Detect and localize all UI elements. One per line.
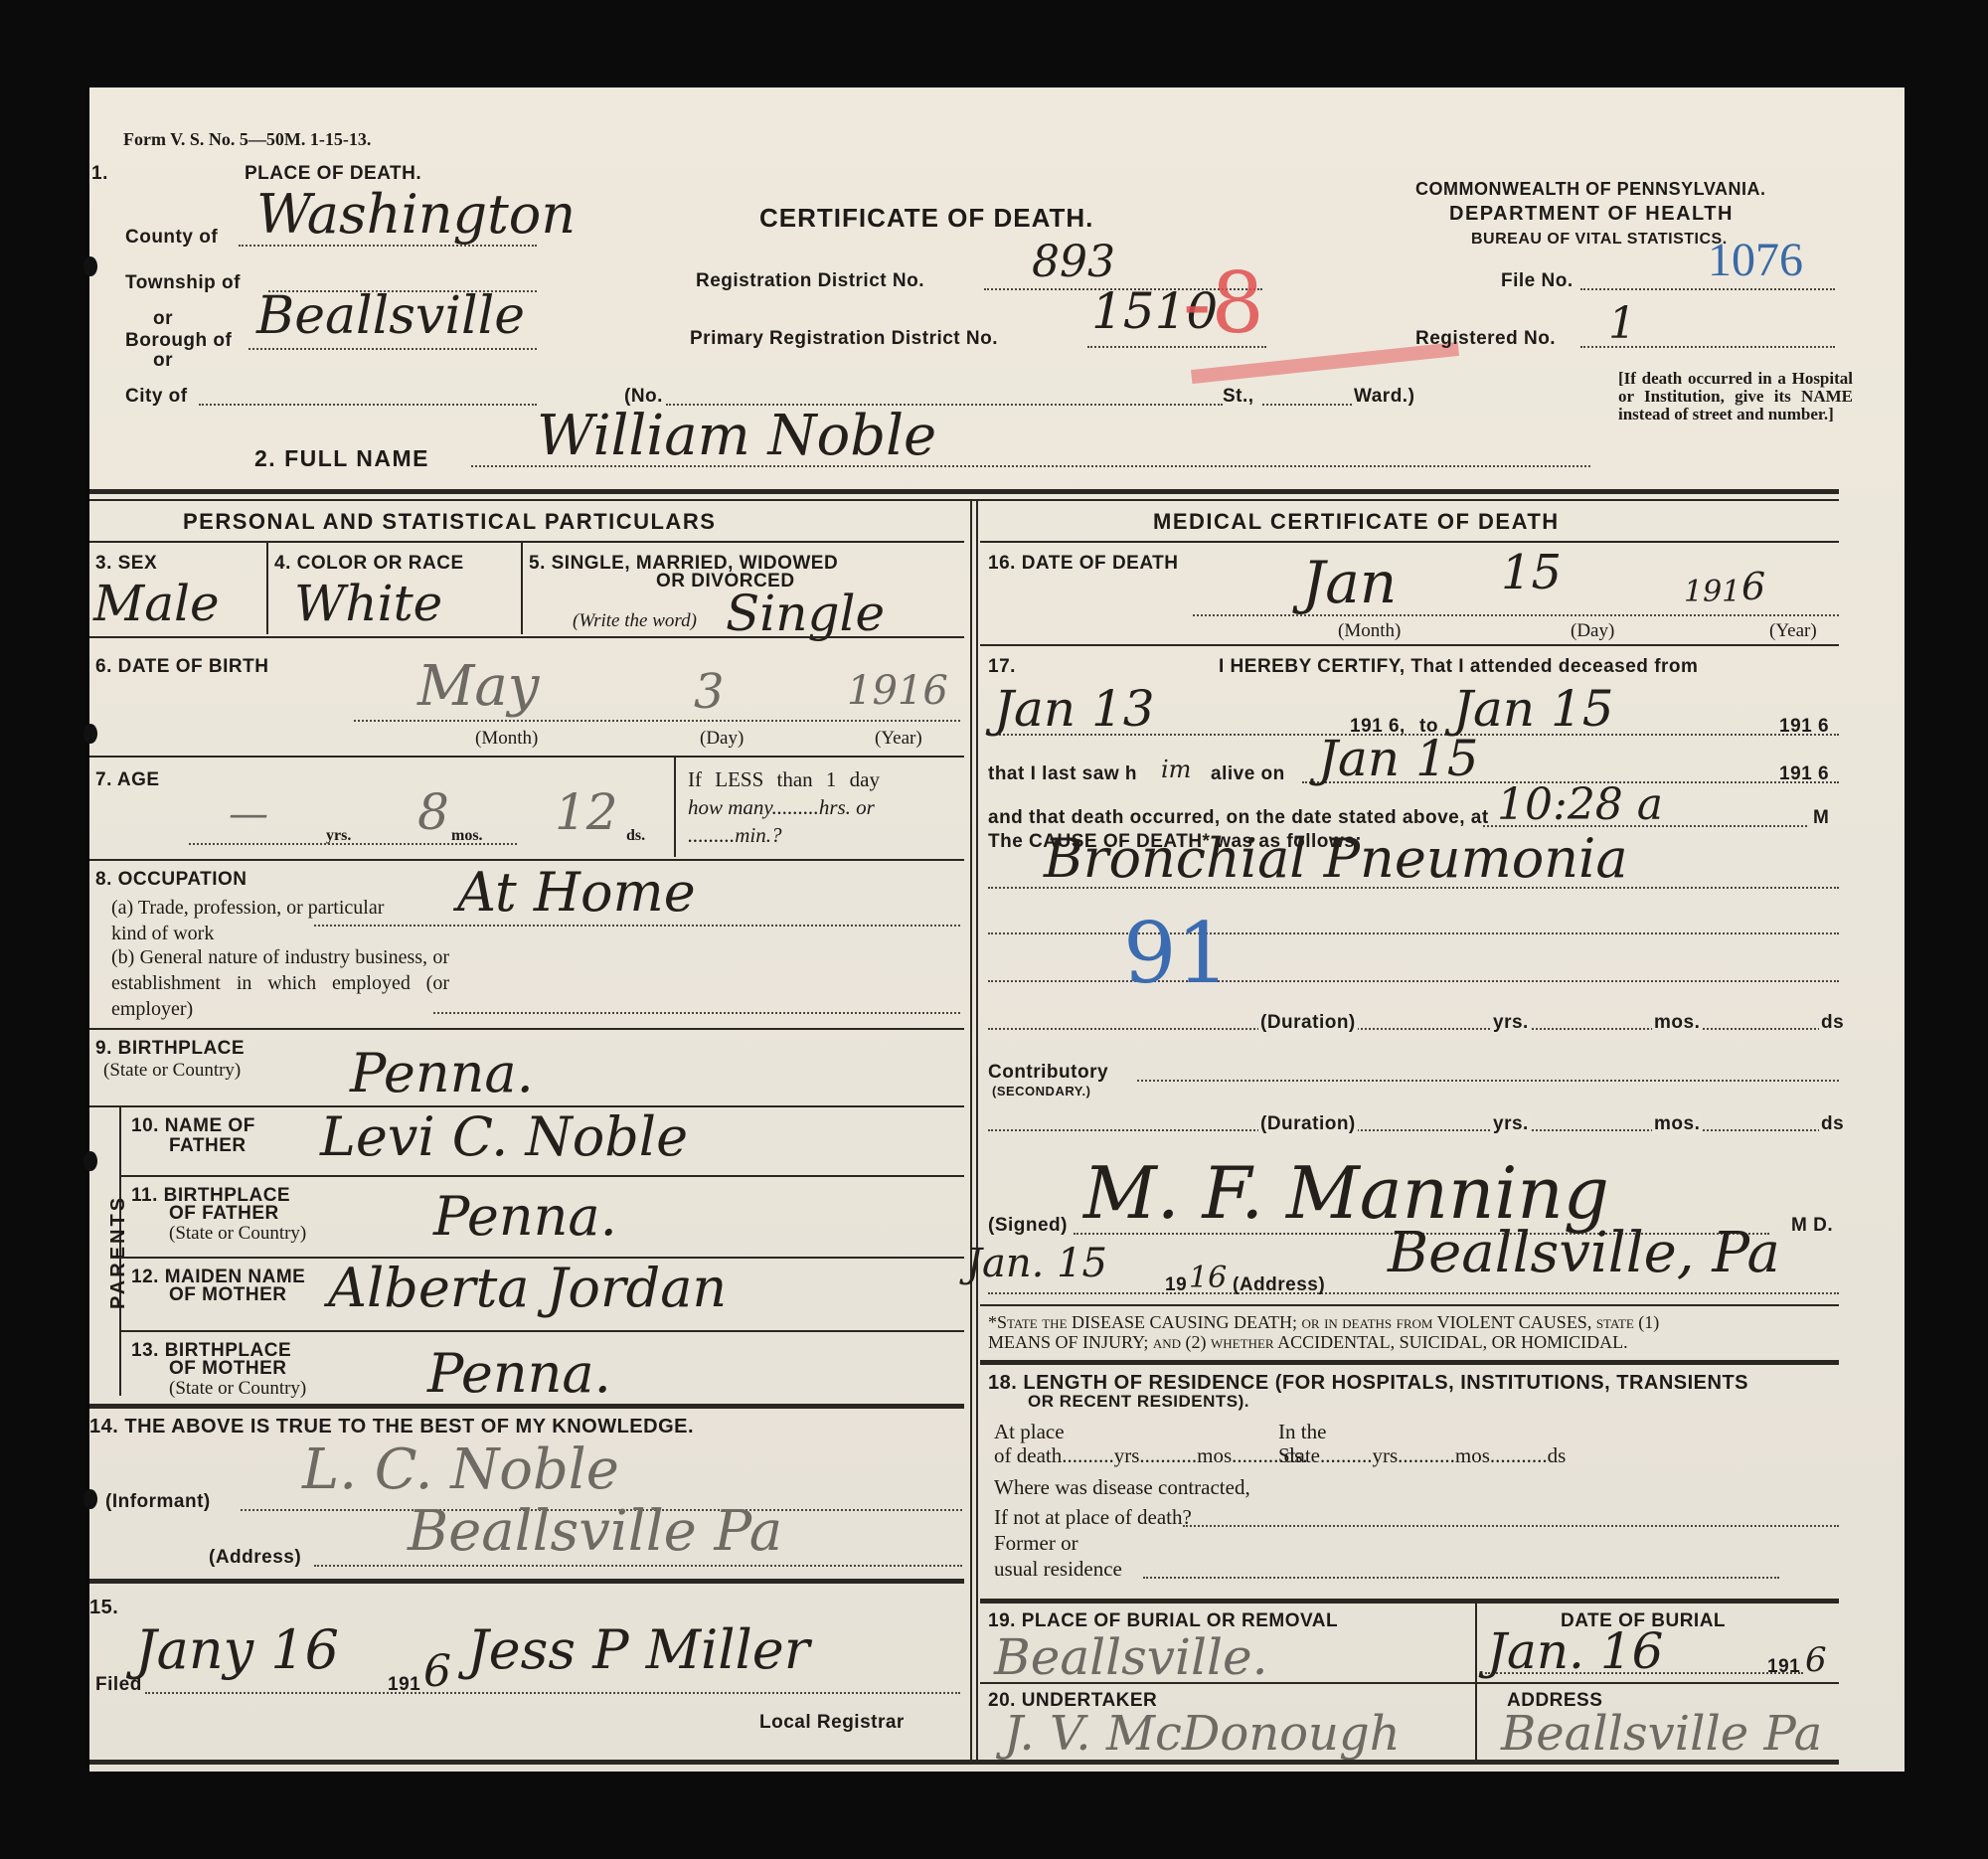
informant-address-value[interactable]: Beallsville Pa xyxy=(408,1499,782,1564)
registrar-label: Local Registrar xyxy=(759,1712,905,1734)
county-value[interactable]: Washington xyxy=(256,183,576,246)
dob-day-caption: (Day) xyxy=(700,728,744,750)
dod-year-caption: (Year) xyxy=(1769,620,1817,642)
last-saw-date[interactable]: Jan 15 xyxy=(1318,730,1479,787)
county-label: County of xyxy=(125,227,218,249)
burial-year-suffix[interactable]: 6 xyxy=(1805,1640,1827,1680)
date-of-death-year-suffix[interactable]: 6 xyxy=(1741,565,1765,608)
date-of-death-day[interactable]: 15 xyxy=(1501,545,1562,600)
full-name-label: 2. FULL NAME xyxy=(254,445,429,472)
date-of-death-year-prefix: 191 xyxy=(1684,575,1740,609)
attended-from-date[interactable]: Jan 13 xyxy=(994,680,1155,738)
signed-label: (Signed) xyxy=(988,1215,1068,1237)
sex-label: 3. SEX xyxy=(95,553,157,575)
burial-place-value[interactable]: Beallsville. xyxy=(994,1628,1268,1686)
in-state-fields: State..........yrs...........mos........… xyxy=(1278,1443,1566,1468)
cause-value[interactable]: Bronchial Pneumonia xyxy=(1044,827,1628,890)
dob-month-caption: (Month) xyxy=(475,728,538,750)
undertaker-address-value[interactable]: Beallsville Pa xyxy=(1501,1706,1822,1762)
filed-year-prefix: 191 xyxy=(388,1674,420,1696)
age-years-caption: yrs. xyxy=(326,827,351,845)
father-birthplace-value[interactable]: Penna. xyxy=(433,1185,617,1248)
duration-yrs-2: yrs. xyxy=(1491,1113,1531,1135)
duration-ds-2: ds xyxy=(1819,1113,1846,1135)
duration-yrs: yrs. xyxy=(1491,1012,1531,1034)
registered-number-value[interactable]: 1 xyxy=(1608,298,1636,349)
physician-address-label: (Address) xyxy=(1233,1274,1325,1296)
burial-date-value[interactable]: Jan. 16 xyxy=(1487,1622,1663,1680)
mother-name-value[interactable]: Alberta Jordan xyxy=(328,1257,727,1319)
duration-ds: ds xyxy=(1819,1012,1846,1034)
signed-date[interactable]: Jan. 15 xyxy=(966,1241,1107,1286)
mother-birthplace-sub: (State or Country) xyxy=(169,1378,306,1400)
contracted-label-2: If not at place of death? xyxy=(994,1505,1192,1530)
section-number-15: 15. xyxy=(89,1597,118,1619)
at-place-label: At place xyxy=(994,1420,1065,1444)
borough-value[interactable]: Beallsville xyxy=(256,286,525,346)
agency-line-2: DEPARTMENT OF HEALTH xyxy=(1449,203,1734,226)
residence-heading-2: OR RECENT RESIDENTS). xyxy=(1028,1392,1249,1412)
attended-to-year: 191 6 xyxy=(1779,716,1829,738)
place-of-death-heading: PLACE OF DEATH. xyxy=(245,163,421,185)
father-birthplace-sub: (State or Country) xyxy=(169,1223,306,1245)
death-time-suffix: M xyxy=(1813,807,1829,829)
age-days[interactable]: 12 xyxy=(555,783,618,841)
death-time-value[interactable]: 10:28 a xyxy=(1497,779,1663,830)
date-of-death-label: 16. DATE OF DEATH xyxy=(988,553,1178,575)
father-birthplace-label-2: OF FATHER xyxy=(169,1203,279,1225)
section-number-1: 1. xyxy=(91,163,108,185)
occupation-label: 8. OCCUPATION xyxy=(95,869,248,891)
last-saw-pronoun[interactable]: im xyxy=(1161,756,1191,783)
medical-heading: MEDICAL CERTIFICATE OF DEATH xyxy=(1153,509,1560,535)
registrar-signature[interactable]: Jess P Miller xyxy=(467,1618,810,1681)
parents-side-label: PARENTS xyxy=(107,1195,130,1309)
filed-year-suffix[interactable]: 6 xyxy=(423,1646,451,1697)
last-saw-label: that I last saw h xyxy=(988,763,1137,785)
at-place-fields: of death..........yrs...........mos.....… xyxy=(994,1443,1308,1468)
birthplace-value[interactable]: Penna. xyxy=(350,1042,534,1104)
duration-label: (Duration) xyxy=(1258,1012,1358,1034)
former-residence-label: Former or xyxy=(994,1531,1078,1556)
agency-line-3: BUREAU OF VITAL STATISTICS. xyxy=(1471,231,1728,249)
date-of-death-month[interactable]: Jan xyxy=(1302,549,1397,616)
registration-district-label: Registration District No. xyxy=(696,270,924,292)
punch-hole xyxy=(83,256,97,276)
dob-year[interactable]: 1916 xyxy=(847,668,948,714)
registered-number-label: Registered No. xyxy=(1415,328,1556,350)
certify-number: 17. xyxy=(988,656,1016,678)
registration-district-value[interactable]: 893 xyxy=(1032,237,1115,287)
undertaker-value[interactable]: J. V. McDonough xyxy=(1004,1706,1401,1762)
secondary-label: (SECONDARY.) xyxy=(992,1084,1090,1098)
less-than-day-3: .........min.? xyxy=(688,823,782,848)
punch-hole xyxy=(83,1151,97,1171)
or-label-2: or xyxy=(153,350,173,372)
birthplace-sub: (State or Country) xyxy=(103,1060,241,1082)
township-label: Township of xyxy=(125,272,241,294)
file-number-label: File No. xyxy=(1501,270,1574,292)
age-months-caption: mos. xyxy=(451,827,483,845)
father-name-value[interactable]: Levi C. Noble xyxy=(320,1105,688,1168)
marital-value[interactable]: Single xyxy=(726,585,885,642)
father-name-label-2: FATHER xyxy=(169,1135,247,1157)
marital-hint: (Write the word) xyxy=(573,610,697,632)
full-name-value[interactable]: William Noble xyxy=(537,404,936,468)
signed-year-suffix[interactable]: 16 xyxy=(1189,1261,1227,1295)
physician-address-value[interactable]: Beallsville, Pa xyxy=(1388,1221,1780,1285)
occupation-b-label: (b) General nature of industry business,… xyxy=(111,944,449,1022)
informant-label: (Informant) xyxy=(105,1491,211,1513)
age-label: 7. AGE xyxy=(95,769,160,791)
in-state-label: In the xyxy=(1278,1420,1326,1444)
punch-hole xyxy=(83,724,97,744)
footnote-line-1: *State the DISEASE CAUSING DEATH; or in … xyxy=(988,1312,1659,1333)
sex-value[interactable]: Male xyxy=(93,575,220,632)
dob-year-caption: (Year) xyxy=(875,728,922,750)
mother-name-label-2: OF MOTHER xyxy=(169,1284,287,1306)
burial-year-prefix: 191 xyxy=(1767,1656,1800,1678)
primary-district-label: Primary Registration District No. xyxy=(690,328,998,350)
occupation-a-label: (a) Trade, profession, or particular kin… xyxy=(111,895,410,946)
agency-line-1: COMMONWEALTH OF PENNSYLVANIA. xyxy=(1415,179,1765,200)
footnote-line-2: MEANS OF INJURY; and (2) whether ACCIDEN… xyxy=(988,1332,1628,1353)
informant-address-label: (Address) xyxy=(209,1547,301,1569)
mother-birthplace-label-2: OF MOTHER xyxy=(169,1358,287,1380)
age-days-caption: ds. xyxy=(626,827,645,845)
contracted-label: Where was disease contracted, xyxy=(994,1475,1250,1500)
duration-mos: mos. xyxy=(1652,1012,1702,1034)
city-label: City of xyxy=(125,386,188,408)
personal-heading: PERSONAL AND STATISTICAL PARTICULARS xyxy=(183,509,716,535)
red-pencil-mark: -8 xyxy=(1183,254,1264,352)
file-number-value[interactable]: 1076 xyxy=(1708,233,1803,287)
informant-heading: 14. THE ABOVE IS TRUE TO THE BEST OF MY … xyxy=(89,1416,694,1438)
hospital-note: [If death occurred in a Hospital or Inst… xyxy=(1618,370,1853,423)
less-than-day-2: how many.........hrs. or xyxy=(688,795,875,820)
duration-label-2: (Duration) xyxy=(1258,1113,1358,1135)
dod-day-caption: (Day) xyxy=(1571,620,1614,642)
borough-label: Borough of xyxy=(125,330,232,352)
alive-on-label: alive on xyxy=(1211,763,1285,785)
signed-year-prefix: 19 xyxy=(1165,1274,1187,1296)
birthplace-label: 9. BIRTHPLACE xyxy=(95,1038,245,1060)
contributory-label: Contributory xyxy=(988,1062,1108,1084)
age-months[interactable]: 8 xyxy=(417,783,449,841)
ward-label: Ward.) xyxy=(1354,386,1414,408)
father-name-label: 10. NAME OF xyxy=(131,1115,255,1137)
duration-mos-2: mos. xyxy=(1652,1113,1702,1135)
dob-month[interactable]: May xyxy=(417,654,539,719)
less-than-day-1: If LESS than 1 day xyxy=(688,767,880,792)
informant-value[interactable]: L. C. Noble xyxy=(302,1437,619,1502)
dob-day[interactable]: 3 xyxy=(694,664,725,720)
street-label: St., xyxy=(1223,386,1254,408)
death-time-label: and that death occurred, on the date sta… xyxy=(988,807,1489,829)
md-label: M D. xyxy=(1791,1215,1833,1237)
last-saw-year: 191 6 xyxy=(1779,763,1829,785)
race-value[interactable]: White xyxy=(294,575,442,632)
form-number: Form V. S. No. 5—50M. 1-15-13. xyxy=(123,129,371,150)
certify-text: I HEREBY CERTIFY, That I attended deceas… xyxy=(1219,656,1698,678)
age-years[interactable]: — xyxy=(229,791,268,837)
or-label: or xyxy=(153,308,173,330)
certificate-title: CERTIFICATE OF DEATH. xyxy=(759,203,1093,234)
blue-code-mark: 91 xyxy=(1123,905,1230,1002)
filed-date[interactable]: Jany 16 xyxy=(135,1618,339,1681)
race-label: 4. COLOR OR RACE xyxy=(274,553,464,575)
mother-birthplace-value[interactable]: Penna. xyxy=(427,1342,611,1405)
punch-hole xyxy=(83,1489,97,1509)
occupation-a-value[interactable]: At Home xyxy=(457,861,696,924)
death-certificate: Form V. S. No. 5—50M. 1-15-13. 1. PLACE … xyxy=(89,87,1905,1772)
dod-month-caption: (Month) xyxy=(1338,620,1401,642)
former-residence-label-2: usual residence xyxy=(994,1557,1122,1582)
dob-label: 6. DATE OF BIRTH xyxy=(95,656,268,678)
